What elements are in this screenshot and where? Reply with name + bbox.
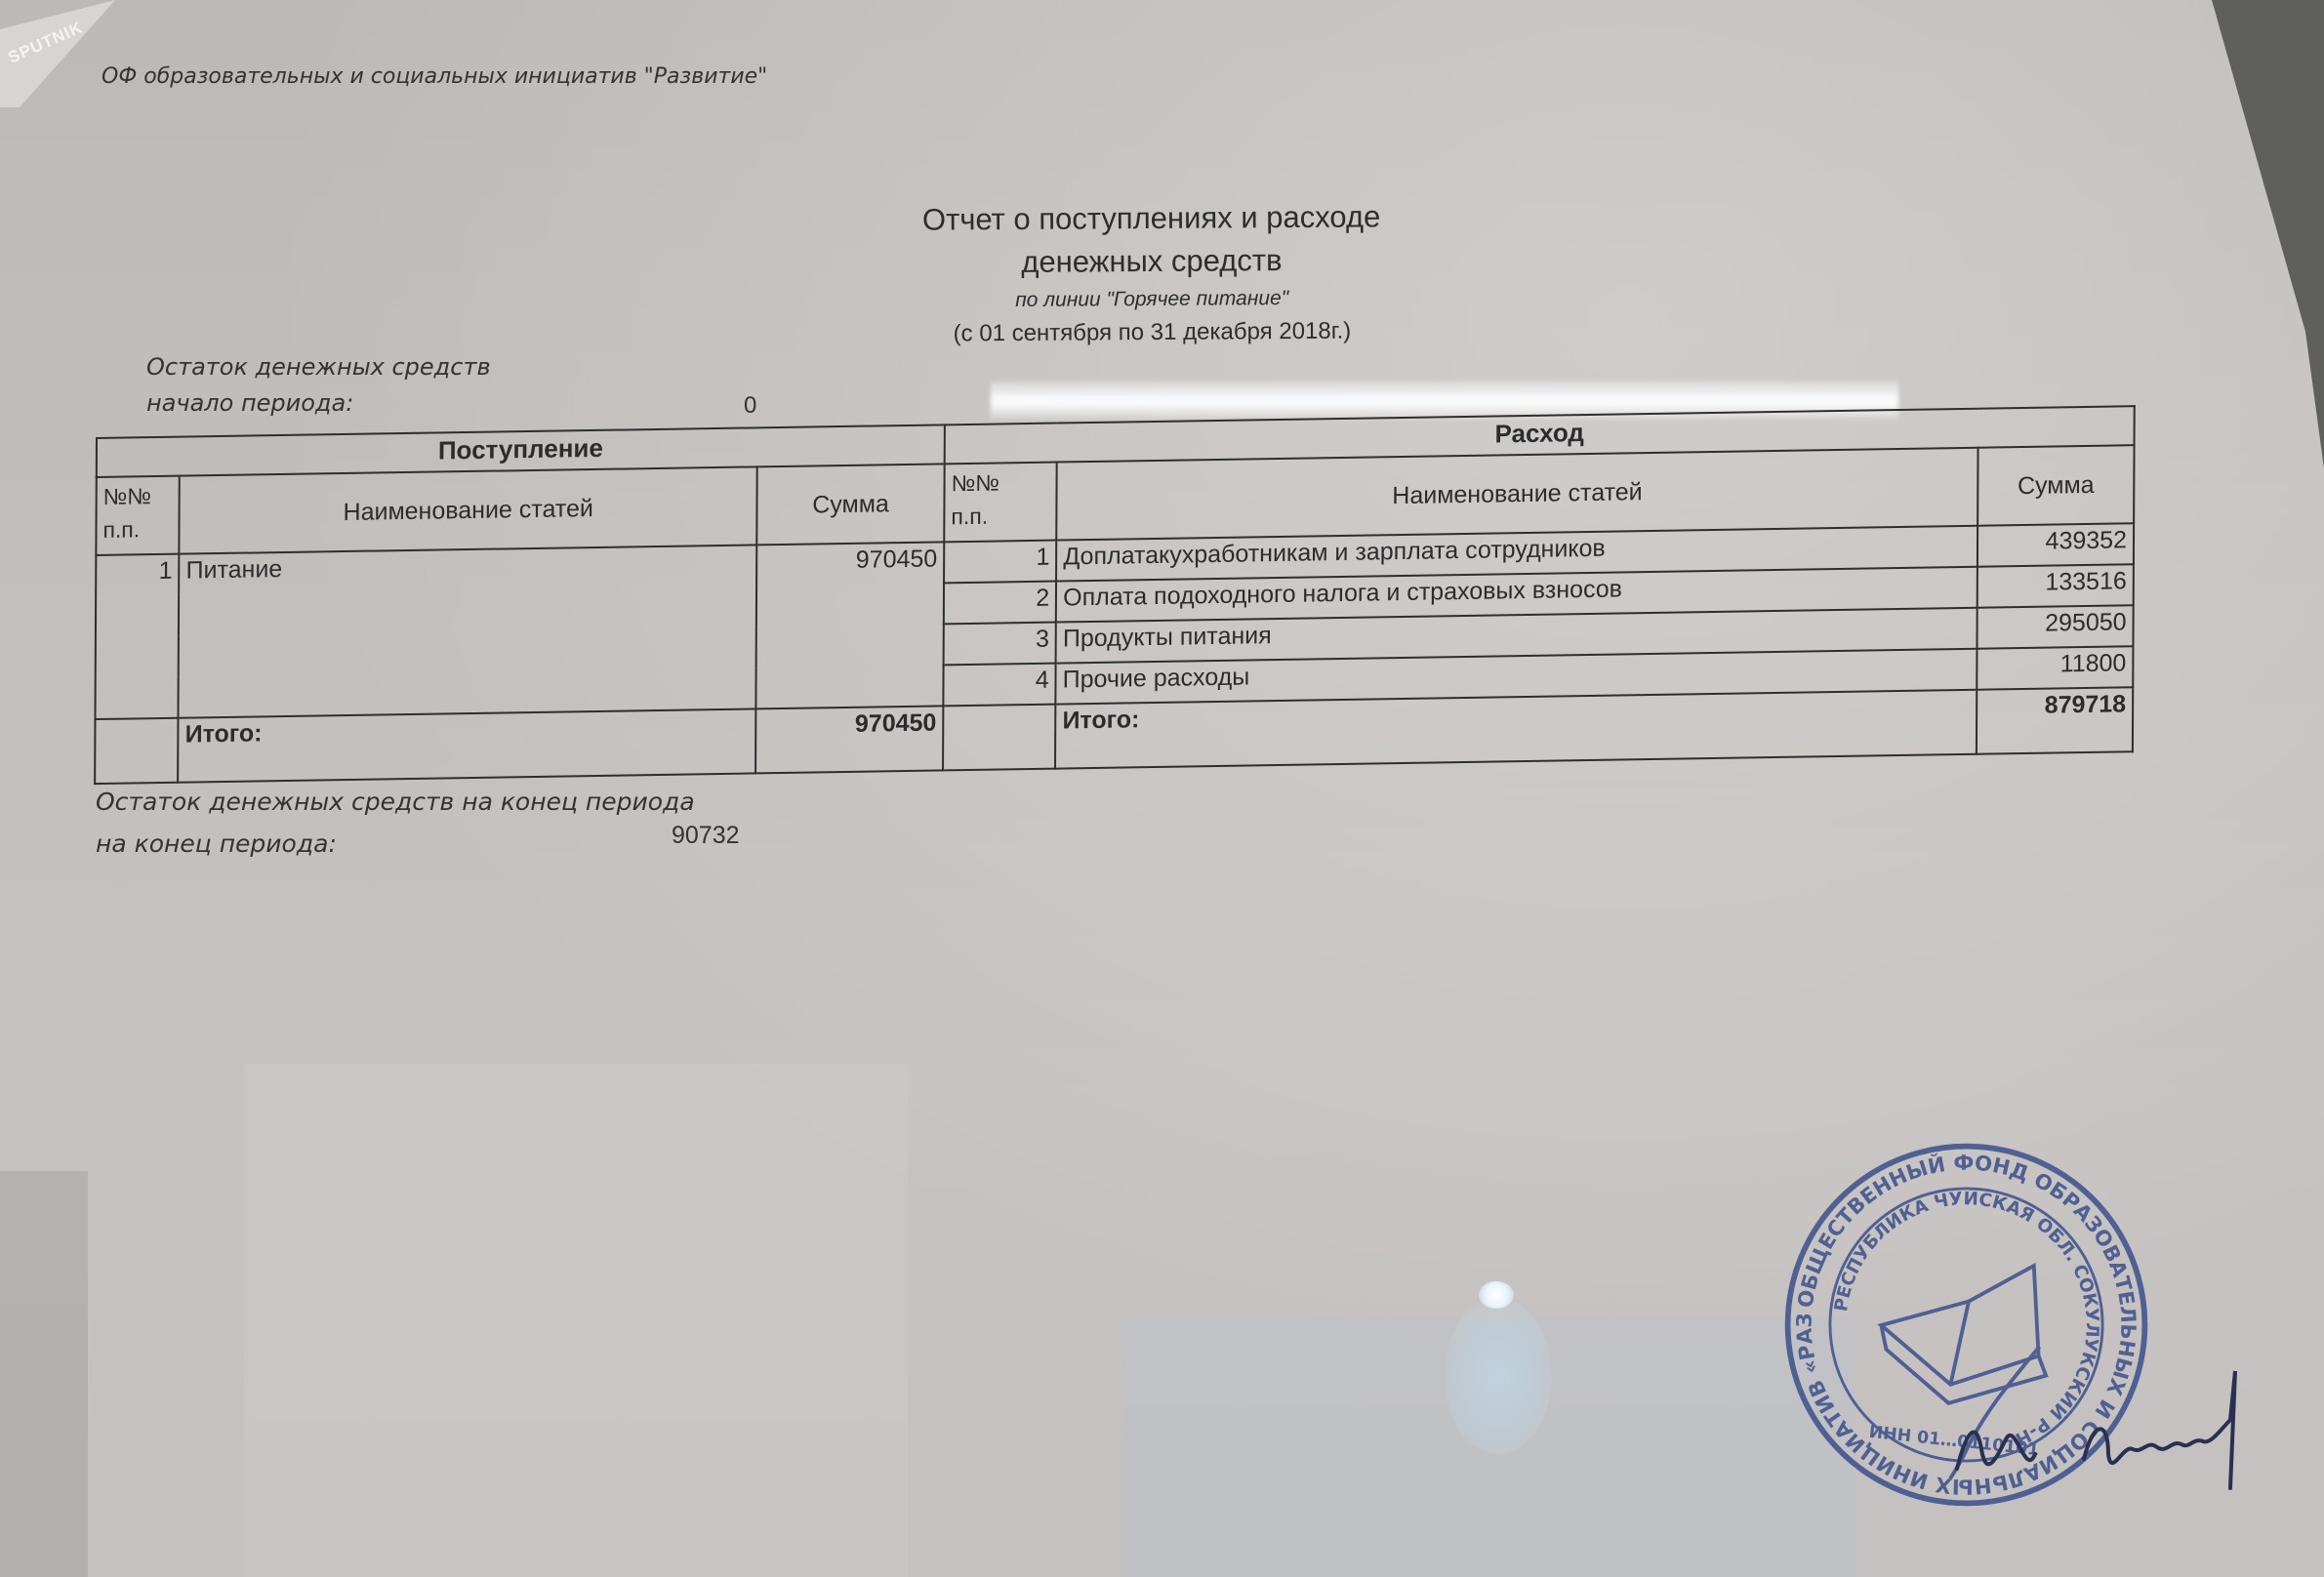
income-total-label: Итого: [178, 708, 755, 782]
income-total-num [95, 718, 179, 784]
col-num-line-1: №№ [103, 479, 173, 513]
report-title: Отчет о поступлениях и расходе денежных … [809, 195, 1493, 352]
report-period: (с 01 сентября по 31 декабря 2018г.) [810, 314, 1493, 352]
income-row-name: Питание [179, 545, 757, 717]
expense-total-label: Итого: [1055, 690, 1977, 769]
expense-col-sum: Сумма [1977, 445, 2134, 526]
expense-row-sum: 11800 [1977, 646, 2133, 690]
organization-name: ОФ образовательных и социальных инициати… [102, 64, 767, 89]
col-num-line-1: №№ [952, 465, 1050, 501]
light-glare [1445, 1298, 1552, 1454]
opening-balance-label: Остаток денежных средств начало периода: [146, 349, 491, 422]
income-total-value: 970450 [755, 706, 943, 773]
report-table: Поступление Расход №№ п.п. Наименование … [94, 405, 2136, 785]
closing-balance-line-2: на конец периода: [96, 823, 695, 865]
expense-row-sum: 295050 [1977, 605, 2133, 649]
opening-balance-value: 0 [744, 392, 756, 420]
closing-balance-label: Остаток денежных средств на конец период… [96, 781, 695, 865]
income-col-sum: Сумма [756, 464, 944, 545]
expense-total-value: 879718 [1977, 687, 2133, 754]
col-num-line-2: п.п. [102, 512, 172, 546]
signature [1937, 1361, 2269, 1498]
expense-row-num: 3 [944, 623, 1056, 666]
expense-row-sum: 439352 [1977, 523, 2134, 567]
expense-total-num [943, 705, 1055, 771]
expense-row-num: 1 [944, 541, 1056, 584]
income-row-num: 1 [95, 554, 179, 719]
expense-col-num: №№ п.п. [944, 463, 1057, 543]
light-glare [1479, 1281, 1514, 1309]
income-col-num: №№ п.п. [96, 476, 180, 555]
expense-row-sum: 133516 [1977, 564, 2134, 608]
closing-balance-line-1: Остаток денежных средств на конец период… [96, 781, 695, 823]
income-row-sum: 970450 [756, 542, 945, 708]
title-line-1: Отчет о поступлениях и расходе [809, 195, 1492, 243]
report-subtitle: по линии "Горячее питание" [810, 281, 1493, 319]
income-col-name: Наименование статей [180, 466, 757, 553]
title-line-2: денежных средств [810, 238, 1493, 286]
reflection [244, 1064, 908, 1577]
expense-row-num: 2 [944, 582, 1056, 625]
opening-balance-line-2: начало периода: [146, 385, 491, 422]
col-num-line-2: п.п. [951, 499, 1049, 534]
reflection [0, 1171, 88, 1577]
opening-balance-line-1: Остаток денежных средств [146, 349, 491, 385]
report-table-wrapper: Поступление Расход №№ п.п. Наименование … [94, 405, 2136, 785]
expense-row-num: 4 [943, 664, 1055, 707]
expense-col-name: Наименование статей [1056, 448, 1977, 541]
closing-balance-value: 90732 [672, 822, 740, 850]
